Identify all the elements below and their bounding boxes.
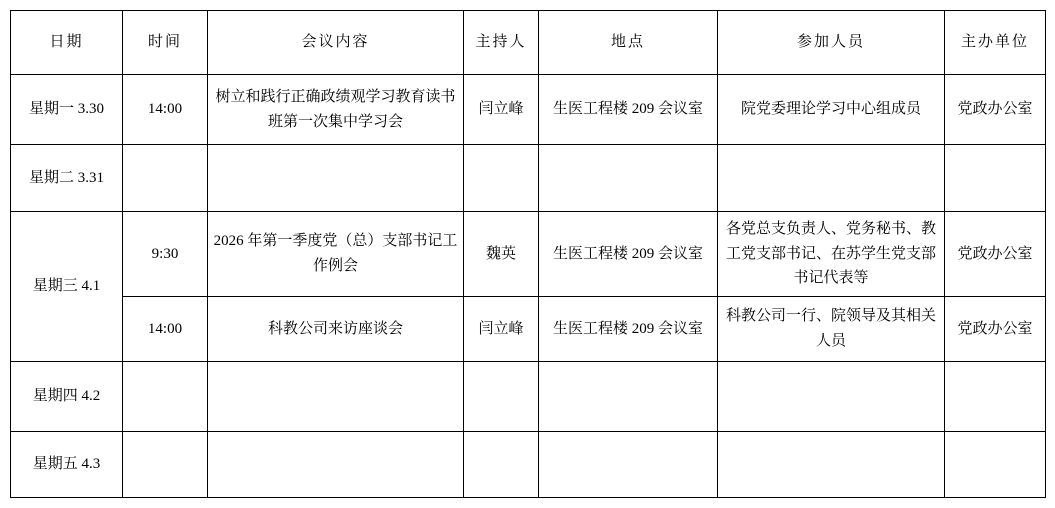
content-cell: 树立和践行正确政绩观学习教育读书班第一次集中学习会: [208, 75, 464, 145]
meeting-schedule-page: 日期 时间 会议内容 主持人 地点 参加人员 主办单位 星期一 3.3014:0…: [0, 0, 1055, 508]
time-cell: 9:30: [123, 212, 208, 297]
organizer-cell: 党政办公室: [945, 297, 1046, 362]
date-cell: 星期一 3.30: [11, 75, 123, 145]
host-cell: [464, 145, 539, 212]
header-cell-organizer: 主办单位: [945, 11, 1046, 75]
schedule-row: 星期三 4.19:302026 年第一季度党（总）支部书记工作例会魏英生医工程楼…: [11, 212, 1046, 297]
date-cell: 星期三 4.1: [11, 212, 123, 362]
host-cell: [464, 432, 539, 498]
organizer-cell: [945, 362, 1046, 432]
table-header: 日期 时间 会议内容 主持人 地点 参加人员 主办单位: [11, 11, 1046, 75]
header-cell-host: 主持人: [464, 11, 539, 75]
date-cell: 星期四 4.2: [11, 362, 123, 432]
schedule-row: 14:00科教公司来访座谈会闫立峰生医工程楼 209 会议室科教公司一行、院领导…: [11, 297, 1046, 362]
participants-cell: 各党总支负责人、党务秘书、教工党支部书记、在苏学生党支部书记代表等: [718, 212, 945, 297]
participants-cell: 科教公司一行、院领导及其相关人员: [718, 297, 945, 362]
content-cell: 科教公司来访座谈会: [208, 297, 464, 362]
participants-cell: [718, 432, 945, 498]
participants-cell: [718, 145, 945, 212]
content-cell: [208, 145, 464, 212]
header-cell-date: 日期: [11, 11, 123, 75]
location-cell: 生医工程楼 209 会议室: [539, 212, 718, 297]
organizer-cell: 党政办公室: [945, 212, 1046, 297]
time-cell: [123, 145, 208, 212]
content-cell: [208, 362, 464, 432]
schedule-row: 星期四 4.2: [11, 362, 1046, 432]
location-cell: [539, 145, 718, 212]
header-cell-content: 会议内容: [208, 11, 464, 75]
date-cell: 星期二 3.31: [11, 145, 123, 212]
organizer-cell: 党政办公室: [945, 75, 1046, 145]
schedule-row: 星期一 3.3014:00树立和践行正确政绩观学习教育读书班第一次集中学习会闫立…: [11, 75, 1046, 145]
location-cell: [539, 362, 718, 432]
schedule-row: 星期二 3.31: [11, 145, 1046, 212]
header-cell-participants: 参加人员: [718, 11, 945, 75]
header-cell-location: 地点: [539, 11, 718, 75]
time-cell: 14:00: [123, 75, 208, 145]
time-cell: [123, 362, 208, 432]
date-cell: 星期五 4.3: [11, 432, 123, 498]
host-cell: [464, 362, 539, 432]
host-cell: 魏英: [464, 212, 539, 297]
header-cell-time: 时间: [123, 11, 208, 75]
table-body: 星期一 3.3014:00树立和践行正确政绩观学习教育读书班第一次集中学习会闫立…: [11, 75, 1046, 498]
location-cell: 生医工程楼 209 会议室: [539, 297, 718, 362]
organizer-cell: [945, 145, 1046, 212]
host-cell: 闫立峰: [464, 297, 539, 362]
header-row: 日期 时间 会议内容 主持人 地点 参加人员 主办单位: [11, 11, 1046, 75]
location-cell: [539, 432, 718, 498]
participants-cell: 院党委理论学习中心组成员: [718, 75, 945, 145]
time-cell: [123, 432, 208, 498]
participants-cell: [718, 362, 945, 432]
content-cell: 2026 年第一季度党（总）支部书记工作例会: [208, 212, 464, 297]
time-cell: 14:00: [123, 297, 208, 362]
organizer-cell: [945, 432, 1046, 498]
meeting-schedule-table: 日期 时间 会议内容 主持人 地点 参加人员 主办单位 星期一 3.3014:0…: [10, 10, 1046, 498]
schedule-row: 星期五 4.3: [11, 432, 1046, 498]
host-cell: 闫立峰: [464, 75, 539, 145]
content-cell: [208, 432, 464, 498]
location-cell: 生医工程楼 209 会议室: [539, 75, 718, 145]
